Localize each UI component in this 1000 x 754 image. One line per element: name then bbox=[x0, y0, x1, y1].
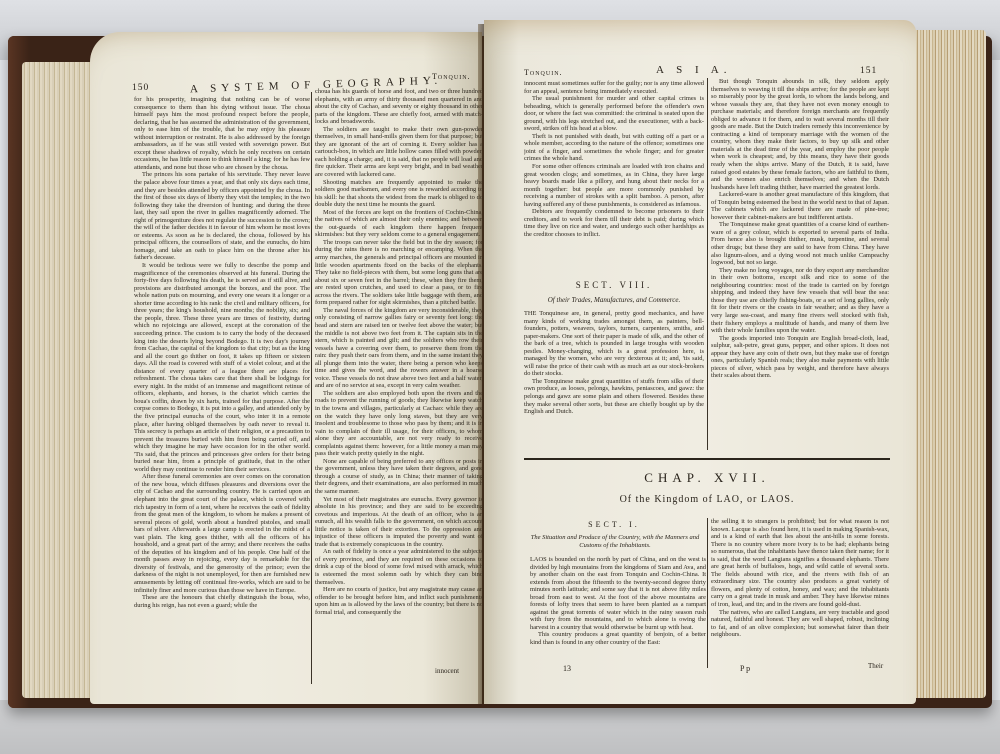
right-page-column-1: innocent must sometimes suffer for the g… bbox=[524, 80, 704, 268]
left-page-column-2: choua has his guards of horse and foot, … bbox=[315, 88, 483, 686]
left-catchword: innocent bbox=[435, 667, 459, 675]
signature-mark: P p bbox=[740, 664, 750, 673]
section-heading: SECT. VIII. bbox=[524, 280, 704, 290]
paragraph: choua has his guards of horse and foot, … bbox=[315, 88, 483, 126]
section-heading: SECT. I. bbox=[524, 520, 704, 529]
paragraph: innocent must sometimes suffer for the g… bbox=[524, 80, 704, 95]
column-rule bbox=[311, 92, 312, 684]
paragraph: Lackered-ware is another great manufactu… bbox=[711, 191, 889, 221]
paragraph: But though Tonquin abounds in silk, they… bbox=[711, 78, 889, 191]
paragraph: After these funeral ceremonies are over … bbox=[134, 473, 310, 594]
paragraph: The troops can never take the field but … bbox=[315, 239, 483, 307]
paragraph: It would be tedious were we fully to des… bbox=[134, 262, 310, 473]
right-running-title: A S I A. bbox=[656, 64, 731, 76]
section-subtitle: The Situation and Produce of the Country… bbox=[528, 534, 702, 550]
paragraph: They make no long voyages, nor do they e… bbox=[711, 267, 889, 335]
paragraph: Theft is not punished with death, but wi… bbox=[524, 133, 704, 163]
right-page-stack bbox=[912, 30, 986, 698]
section-8-body: THE Tonquinese are, in general, pretty g… bbox=[524, 310, 704, 450]
paragraph: None are capable of being preferred to a… bbox=[315, 458, 483, 496]
paragraph: the selling it to strangers is prohibite… bbox=[711, 518, 889, 609]
paragraph: The goods imported into Tonquin are Engl… bbox=[711, 335, 889, 380]
paragraph: The soldiers are taught to make their ow… bbox=[315, 126, 483, 179]
paragraph: Here are no courts of justice, but any m… bbox=[315, 586, 483, 616]
paragraph: This country produces a great quantity o… bbox=[530, 631, 706, 646]
paragraph: Shooting matches are frequently appointe… bbox=[315, 179, 483, 209]
paragraph: For some other offences criminals are lo… bbox=[524, 163, 704, 208]
right-page-column-2: But though Tonquin abounds in silk, they… bbox=[711, 78, 889, 450]
signature-number: 13 bbox=[563, 664, 571, 673]
column-rule bbox=[707, 78, 708, 450]
column-rule bbox=[707, 518, 708, 668]
paragraph: Most of the forces are kept on the front… bbox=[315, 209, 483, 239]
chapter-column-1: LAOS is bounded on the north by part of … bbox=[530, 556, 706, 666]
paragraph: The natives, who are called Langians, ar… bbox=[711, 609, 889, 639]
left-page-column-1: for his prosperity, imagining that nothi… bbox=[134, 96, 310, 682]
paragraph: Yet most of their magistrates are eunuch… bbox=[315, 496, 483, 549]
right-catchword: Their bbox=[868, 662, 883, 670]
chapter-title: Of the Kingdom of LAO, or LAOS. bbox=[524, 494, 890, 505]
paragraph: The Tonquinese make great quantities of … bbox=[524, 378, 704, 416]
paragraph: The princes his sons partake of his serv… bbox=[134, 171, 310, 262]
paragraph: Debtors are frequently condemned to beco… bbox=[524, 208, 704, 238]
paragraph: The naval forces of the kingdom are very… bbox=[315, 307, 483, 390]
paragraph: These are the honours that chiefly disti… bbox=[134, 594, 310, 609]
paragraph: An oath of fidelity is once a year admin… bbox=[315, 548, 483, 586]
chapter-column-2: the selling it to strangers is prohibite… bbox=[711, 518, 889, 666]
chapter-heading: CHAP. XVII. bbox=[524, 470, 890, 486]
section-subtitle: Of their Trades, Manufactures, and Comme… bbox=[524, 296, 704, 305]
left-page-number: 150 bbox=[132, 83, 149, 93]
right-page-number: 151 bbox=[860, 66, 877, 76]
paragraph: for his prosperity, imagining that nothi… bbox=[134, 96, 310, 171]
left-running-section: Tonquin. bbox=[432, 72, 471, 81]
paragraph: The Tonquinese make great quantities of … bbox=[711, 221, 889, 266]
table-surface bbox=[0, 700, 1000, 754]
paragraph: LAOS is bounded on the north by part of … bbox=[530, 556, 706, 631]
chapter-divider bbox=[524, 458, 890, 460]
right-running-section: Tonquin. bbox=[524, 68, 563, 77]
paragraph: THE Tonquinese are, in general, pretty g… bbox=[524, 310, 704, 378]
paragraph: The soldiers are also employed both upon… bbox=[315, 390, 483, 458]
paragraph: The usual punishment for murder and othe… bbox=[524, 95, 704, 133]
